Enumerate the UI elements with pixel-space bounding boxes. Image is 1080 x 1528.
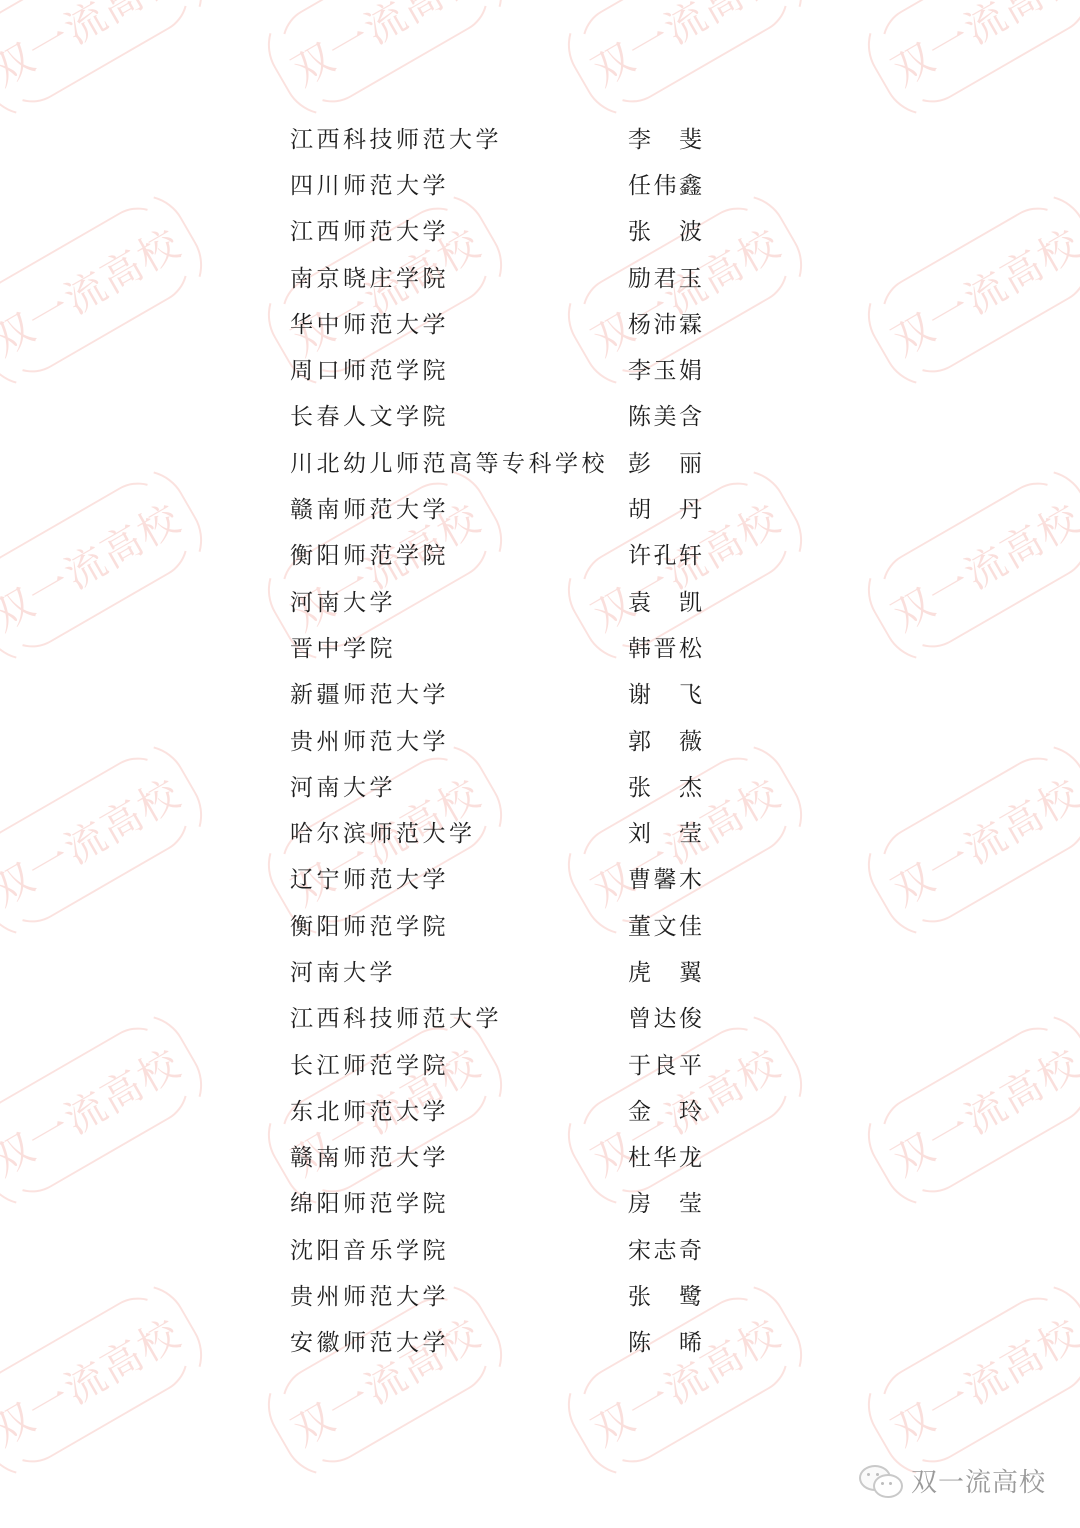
school-name: 长春人文学院: [290, 398, 449, 431]
list-item: 周口师范学院李玉娟: [290, 345, 710, 391]
person-name: 袁 凯: [628, 584, 702, 617]
watermark-text: 双一流高校: [567, 0, 803, 105]
list-item: 绵阳师范学院房 莹: [290, 1179, 710, 1225]
watermark-stamp: 双一流高校: [0, 178, 219, 402]
award-list: 江西科技师范大学李 斐四川师范大学任伟鑫江西师范大学张 波南京晓庄学院励君玉华中…: [290, 114, 710, 1364]
list-item: 川北幼儿师范高等专科学校彭 丽: [290, 438, 710, 484]
school-name: 新疆师范大学: [290, 676, 449, 709]
watermark-text: 双一流高校: [0, 480, 203, 649]
list-item: 南京晓庄学院励君玉: [290, 253, 710, 299]
school-name: 哈尔滨师范大学: [290, 815, 476, 848]
watermark-stamp: 双一流高校: [0, 453, 219, 677]
list-item: 江西科技师范大学李 斐: [290, 114, 710, 160]
watermark-stamp: 双一流高校: [551, 0, 819, 132]
list-item: 衡阳师范学院董文佳: [290, 901, 710, 947]
watermark-text: 双一流高校: [867, 480, 1080, 649]
person-name: 曹馨木: [628, 861, 702, 894]
school-name: 四川师范大学: [290, 167, 449, 200]
wechat-icon: [859, 1463, 903, 1499]
list-item: 四川师范大学任伟鑫: [290, 160, 710, 206]
person-name: 彭 丽: [628, 445, 702, 478]
person-name: 郭 薇: [628, 723, 702, 756]
watermark-stamp: 双一流高校: [0, 998, 219, 1222]
watermark-stamp: 双一流高校: [851, 453, 1080, 677]
person-name: 杜华龙: [628, 1139, 702, 1172]
person-name: 宋志奇: [628, 1232, 702, 1265]
watermark-text: 双一流高校: [0, 755, 203, 924]
person-name: 杨沛霖: [628, 306, 702, 339]
watermark-stamp: 双一流高校: [851, 1268, 1080, 1492]
person-name: 励君玉: [628, 260, 702, 293]
watermark-text: 双一流高校: [0, 1025, 203, 1194]
person-name: 房 莹: [628, 1185, 702, 1218]
school-name: 衡阳师范学院: [290, 537, 449, 570]
school-name: 衡阳师范学院: [290, 908, 449, 941]
person-name: 谢 飞: [628, 676, 702, 709]
list-item: 贵州师范大学郭 薇: [290, 716, 710, 762]
school-name: 长江师范学院: [290, 1047, 449, 1080]
school-name: 河南大学: [290, 584, 396, 617]
list-item: 赣南师范大学杜华龙: [290, 1133, 710, 1179]
watermark-text: 双一流高校: [0, 205, 203, 374]
watermark-stamp: 双一流高校: [251, 0, 519, 132]
person-name: 张 鹭: [628, 1278, 702, 1311]
person-name: 刘 莹: [628, 815, 702, 848]
person-name: 任伟鑫: [628, 167, 702, 200]
list-item: 长江师范学院于良平: [290, 1040, 710, 1086]
watermark-text: 双一流高校: [0, 0, 203, 105]
list-item: 东北师范大学金 玲: [290, 1086, 710, 1132]
person-name: 胡 丹: [628, 491, 702, 524]
person-name: 董文佳: [628, 908, 702, 941]
list-item: 新疆师范大学谢 飞: [290, 670, 710, 716]
person-name: 李 斐: [628, 121, 702, 154]
school-name: 贵州师范大学: [290, 1278, 449, 1311]
school-name: 江西师范大学: [290, 213, 449, 246]
person-name: 许孔轩: [628, 537, 702, 570]
person-name: 陈美含: [628, 398, 702, 431]
person-name: 于良平: [628, 1047, 702, 1080]
school-name: 赣南师范大学: [290, 1139, 449, 1172]
watermark-text: 双一流高校: [867, 1025, 1080, 1194]
watermark-text: 双一流高校: [867, 0, 1080, 105]
watermark-stamp: 双一流高校: [0, 0, 219, 132]
school-name: 河南大学: [290, 954, 396, 987]
list-item: 江西科技师范大学曾达俊: [290, 994, 710, 1040]
list-item: 贵州师范大学张 鹭: [290, 1271, 710, 1317]
school-name: 辽宁师范大学: [290, 861, 449, 894]
school-name: 安徽师范大学: [290, 1324, 449, 1357]
footer-brand: 双一流高校: [859, 1462, 1046, 1499]
list-item: 河南大学袁 凯: [290, 577, 710, 623]
watermark-stamp: 双一流高校: [851, 178, 1080, 402]
school-name: 赣南师范大学: [290, 491, 449, 524]
watermark-stamp: 双一流高校: [851, 998, 1080, 1222]
person-name: 陈 晞: [628, 1324, 702, 1357]
list-item: 河南大学张 杰: [290, 762, 710, 808]
person-name: 金 玲: [628, 1093, 702, 1126]
school-name: 绵阳师范学院: [290, 1185, 449, 1218]
list-item: 赣南师范大学胡 丹: [290, 484, 710, 530]
school-name: 晋中学院: [290, 630, 396, 663]
watermark-stamp: 双一流高校: [851, 0, 1080, 132]
person-name: 虎 翼: [628, 954, 702, 987]
watermark-text: 双一流高校: [867, 205, 1080, 374]
list-item: 江西师范大学张 波: [290, 207, 710, 253]
school-name: 沈阳音乐学院: [290, 1232, 449, 1265]
watermark-text: 双一流高校: [867, 755, 1080, 924]
school-name: 河南大学: [290, 769, 396, 802]
school-name: 贵州师范大学: [290, 723, 449, 756]
watermark-stamp: 双一流高校: [851, 728, 1080, 952]
person-name: 李玉娟: [628, 352, 702, 385]
school-name: 东北师范大学: [290, 1093, 449, 1126]
list-item: 安徽师范大学陈 晞: [290, 1318, 710, 1364]
watermark-text: 双一流高校: [267, 0, 503, 105]
school-name: 南京晓庄学院: [290, 260, 449, 293]
person-name: 张 杰: [628, 769, 702, 802]
watermark-text: 双一流高校: [0, 1295, 203, 1464]
watermark-stamp: 双一流高校: [0, 728, 219, 952]
watermark-stamp: 双一流高校: [0, 1268, 219, 1492]
school-name: 周口师范学院: [290, 352, 449, 385]
school-name: 江西科技师范大学: [290, 121, 502, 154]
list-item: 河南大学虎 翼: [290, 947, 710, 993]
list-item: 晋中学院韩晋松: [290, 623, 710, 669]
school-name: 华中师范大学: [290, 306, 449, 339]
list-item: 辽宁师范大学曹馨木: [290, 855, 710, 901]
watermark-text: 双一流高校: [867, 1295, 1080, 1464]
list-item: 衡阳师范学院许孔轩: [290, 531, 710, 577]
list-item: 沈阳音乐学院宋志奇: [290, 1225, 710, 1271]
person-name: 张 波: [628, 213, 702, 246]
school-name: 川北幼儿师范高等专科学校: [290, 445, 608, 478]
person-name: 曾达俊: [628, 1000, 702, 1033]
list-item: 长春人文学院陈美含: [290, 392, 710, 438]
brand-name: 双一流高校: [911, 1462, 1046, 1499]
list-item: 华中师范大学杨沛霖: [290, 299, 710, 345]
person-name: 韩晋松: [628, 630, 702, 663]
school-name: 江西科技师范大学: [290, 1000, 502, 1033]
list-item: 哈尔滨师范大学刘 莹: [290, 808, 710, 854]
